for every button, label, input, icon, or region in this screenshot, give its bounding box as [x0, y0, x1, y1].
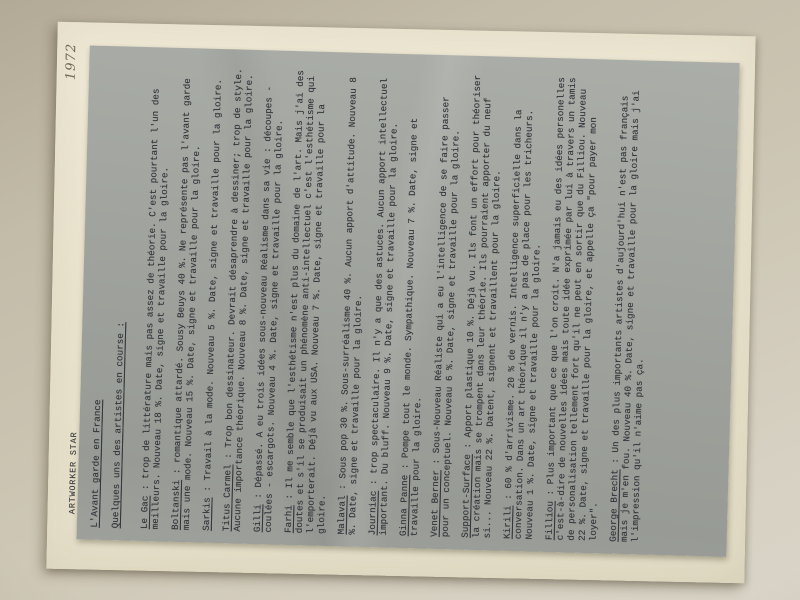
- artist-entry: Kirili : 60 % d'arrivisme. 20 % de verni…: [502, 71, 548, 540]
- document-subtitle: Quelques uns des artistes en course :: [110, 322, 127, 529]
- artist-separator: :: [462, 437, 473, 454]
- year-annotation: 1972: [64, 43, 80, 80]
- artist-separator: :: [503, 489, 514, 506]
- artist-name: Sarkis: [201, 497, 213, 531]
- artist-entry: Le Gac : trop de littérature mais pas as…: [139, 61, 174, 529]
- artist-note: Travail à la mode. Nouveau 5 %. Date, si…: [202, 79, 224, 481]
- artist-separator: :: [545, 484, 556, 501]
- artist-note: Il me semble que l'esthétisme n'est plus…: [284, 70, 328, 534]
- artist-separator: :: [283, 488, 294, 505]
- mat-sheet: 1972 ARTWORKER STAR L'Avant garde en Fra…: [46, 22, 755, 583]
- artist-separator: :: [140, 479, 151, 496]
- artist-separator: :: [430, 453, 441, 470]
- artist-entry: Farhi : Il me semble que l'esthétisme n'…: [283, 65, 340, 534]
- artist-note: Sous pop 30 %. Sous-surréalisme 40 %. Au…: [337, 77, 364, 535]
- artist-name: Farhi: [283, 505, 295, 533]
- artist-note: Dépassé. A eu trois idées sous-nouveau R…: [253, 86, 285, 533]
- artist-entry: Titus Carmel : Trop bon dessinateur. Dev…: [221, 63, 256, 531]
- document-title: L'Avant garde en France: [89, 399, 103, 528]
- artist-separator: :: [368, 474, 379, 491]
- artist-entry: Ginna Panne : Pompe tout le monde. Sympa…: [398, 68, 433, 536]
- artist-note: 60 % d'arrivisme. 20 % de vernis. Intell…: [503, 109, 543, 539]
- artist-entry: Sarkis : Travail à la mode. Nouveau 5 %.…: [201, 63, 225, 531]
- artist-separator: :: [337, 478, 348, 495]
- artist-separator: :: [171, 463, 182, 480]
- artist-entry: Boltanski : romantique attardé. Sousy Be…: [170, 62, 205, 530]
- artist-entry: George Brecht : Un des plus importants a…: [608, 74, 654, 543]
- artist-separator: :: [223, 447, 234, 464]
- artist-entry: Journiac : trop spectaculaire. Il n'y a …: [367, 67, 402, 535]
- artist-entry: Filliou : Plus important que ce que l'on…: [544, 72, 612, 541]
- artist-separator: :: [252, 487, 263, 504]
- artist-name: Gilli: [252, 504, 264, 532]
- artist-list: Le Gac : trop de littérature mais pas as…: [139, 61, 653, 542]
- artist-note: trop de littérature mais pas assez de th…: [140, 88, 170, 529]
- artist-note: trop spectaculaire. Il n'y a que des ast…: [368, 78, 399, 536]
- artist-separator: :: [202, 480, 213, 497]
- photo-background: 1972 ARTWORKER STAR L'Avant garde en Fra…: [0, 0, 800, 600]
- artist-entry: Venet Berner : Sous-Nouveau Réaliste qui…: [429, 69, 464, 537]
- artist-separator: :: [610, 452, 621, 469]
- document-body: L'Avant garde en France Quelques uns des…: [76, 45, 739, 556]
- typed-page: L'Avant garde en France Quelques uns des…: [76, 45, 739, 556]
- artist-entry: Malaval : Sous pop 30 %. Sous-surréalism…: [336, 66, 371, 534]
- artist-note: Plus important que ce que l'on croit. N'…: [545, 77, 600, 541]
- artist-separator: :: [399, 458, 410, 475]
- artist-name: Le Gac: [139, 495, 151, 529]
- artist-entry: Support-Surface : Apport plastique 10 %.…: [460, 70, 506, 539]
- artist-entry: Gilli : Dépassé. A eu trois idées sous-n…: [252, 64, 287, 532]
- artist-note: romantique attardé. Sousy Beuys 40 %. Ne…: [172, 78, 203, 530]
